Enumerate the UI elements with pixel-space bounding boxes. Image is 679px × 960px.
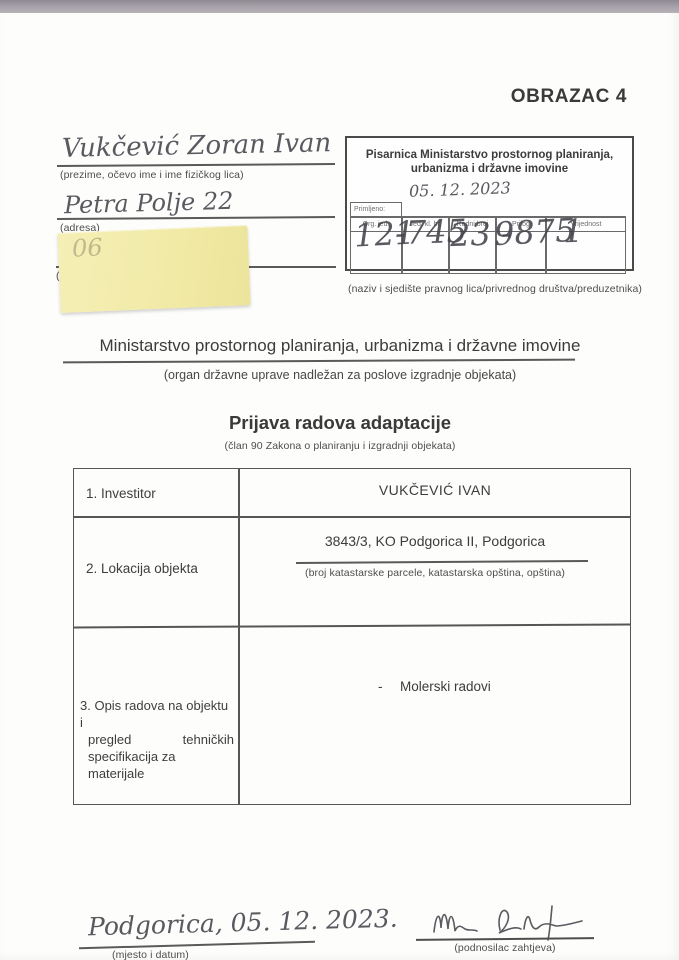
ministry-caption: (organ državne uprave nadležan za poslov… (30, 368, 650, 382)
stamp-number-handwriting: 1 (562, 215, 583, 248)
row3-value: Molerski radovi (400, 679, 491, 694)
ministry-title: Ministarstvo prostornog planiranja, urba… (30, 336, 650, 356)
signature-caption: (podnosilac zahtjeva) (416, 942, 594, 954)
scanner-edge-artifact (0, 0, 679, 13)
name-field-line (57, 163, 335, 166)
row3-label-line2: pregled tehničkih (80, 731, 234, 748)
row2-label: 2. Lokacija objekta (86, 561, 198, 576)
row2-value-caption: (broj katastarske parcele, katastarska o… (240, 567, 630, 579)
row2-value-line (296, 560, 588, 564)
row3-label-line3: specifikacija za materijale (80, 748, 234, 782)
table-row-separator (74, 624, 630, 628)
applicant-name-handwriting: Vukčević Zoran Ivan (62, 128, 332, 164)
row2-value: 3843/3, KO Podgorica II, Podgorica (240, 533, 630, 549)
form-subtitle: (član 90 Zakona o planiranju i izgradnji… (30, 440, 650, 452)
stamp-title-line1: Pisarnica Ministarstvo prostornog planir… (347, 148, 632, 162)
name-field-caption: (prezime, očevo ime i ime fizičkog lica) (60, 169, 244, 181)
ministry-underline (63, 359, 575, 364)
table-row-separator (74, 516, 630, 518)
form-code: OBRAZAC 4 (511, 86, 627, 108)
place-date-caption: (mjesto i datum) (112, 949, 189, 960)
stamp-title-line2: urbanizma i državne imovine (347, 162, 632, 176)
covered-handwriting-fragment: 06 (71, 233, 103, 263)
stamp-date-handwriting: 05. 12. 2023 (409, 178, 511, 201)
signature-handwriting (428, 898, 588, 942)
row1-value: VUKČEVIĆ IVAN (240, 482, 630, 498)
row1-label: 1. Investitor (86, 486, 156, 501)
entity-caption: (naziv i sjedište pravnog lica/privredno… (330, 283, 660, 295)
address-handwriting: Petra Polje 22 (64, 187, 234, 219)
table-column-separator (238, 469, 240, 804)
form-title: Prijava radova adaptacije (30, 412, 650, 434)
row3-label-line1: 3. Opis radova na objektu i (80, 697, 234, 731)
place-date-handwriting: Podgorica, 05. 12. 2023. (88, 904, 398, 942)
application-table: 1. Investitor VUKČEVIĆ IVAN 2. Lokacija … (73, 468, 631, 805)
place-date-line (79, 941, 315, 949)
scanned-form-page: OBRAZAC 4 Vukčević Zoran Ivan (prezime, … (0, 0, 679, 960)
receipt-stamp: Pisarnica Ministarstvo prostornog planir… (345, 136, 634, 271)
row3-bullet: - (378, 679, 383, 694)
